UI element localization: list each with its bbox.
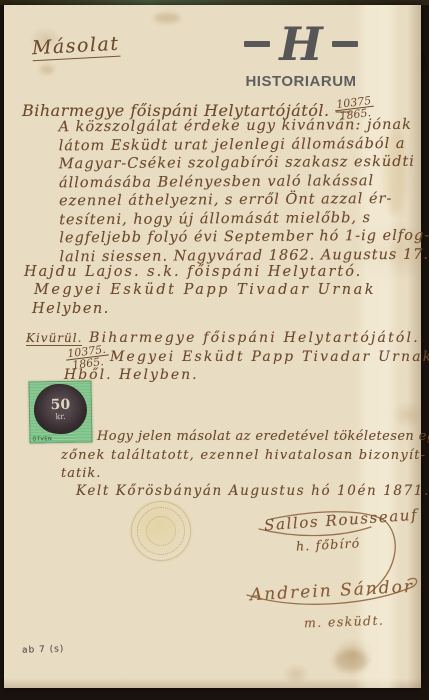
body-line: legfeljebb folyó évi September hó 1-ig e… [59, 227, 429, 248]
certification-dateline: Kelt Kőrösbányán Augustus hó 10én 1871. [76, 483, 429, 499]
historiarum-watermark: H HISTORIARUM [232, 19, 370, 90]
addressee-line: Megyei Esküdt Papp Tivadar Urnak [34, 282, 376, 298]
monogram-h-icon: H [279, 21, 322, 67]
kivul-rest: Biharmegye főispáni Helytartójától. [82, 330, 419, 346]
stamp-value: 50 [50, 397, 70, 411]
paper-stain [154, 13, 180, 23]
body-line: Magyar-Csékei szolgabírói szakasz esküdt… [59, 153, 429, 174]
body-line: A közszolgálat érdeke ugy kivánván: jóna… [58, 116, 429, 137]
embossed-seal [131, 501, 191, 561]
paper-sheet: Másolat H HISTORIARUM Biharmegye főispán… [4, 5, 421, 688]
body-paragraph: A közszolgálat érdeke ugy kivánván: jóna… [58, 116, 429, 267]
body-line: ezennel áthelyezni, s erről Önt azzal ér… [59, 190, 429, 211]
signature-name: Sallos Rousseauf [264, 506, 419, 535]
stamp-unit: kr. [55, 411, 65, 420]
monogram-row: H [232, 19, 370, 69]
archival-note: ab 7 (s) [22, 644, 65, 655]
photographed-document: Másolat H HISTORIARUM Biharmegye főispán… [0, 0, 429, 700]
copy-label: Másolat [31, 33, 120, 62]
certification-line: tatik. [61, 466, 101, 481]
paper-stain [334, 650, 368, 672]
revenue-stamp: 50 kr. ÖTVEN [28, 380, 92, 443]
signature-title: m. esküdt. [304, 613, 385, 631]
dash-right-icon [332, 41, 358, 47]
signatory-line: Hajdu Lajos. s.k. főispáni Helytartó. [24, 264, 362, 280]
stamp-small-text: ÖTVEN [32, 436, 52, 442]
certification-line: zőnek találtatott, ezennel hivatalosan b… [61, 448, 426, 463]
kivul-label: Kivürül. [26, 331, 82, 346]
dash-left-icon [244, 41, 270, 47]
revenue-stamp-medallion: 50 kr. [34, 384, 88, 435]
signature-name: Andrein Sándor [250, 577, 415, 606]
kivul-addressee: Megyei Esküdt Papp Tivadar Urnak [110, 349, 429, 365]
certification-line: Hogy jelen másolat az eredetével tökélet… [97, 429, 429, 444]
addressee-place: Helyben. [32, 301, 110, 317]
brand-wordmark: HISTORIARUM [232, 73, 370, 90]
kivul-heading: Kivürül. Biharmegye főispáni Helytartójá… [26, 330, 420, 346]
paper-stain [40, 65, 54, 74]
signature-title: h. főbíró [296, 535, 361, 553]
